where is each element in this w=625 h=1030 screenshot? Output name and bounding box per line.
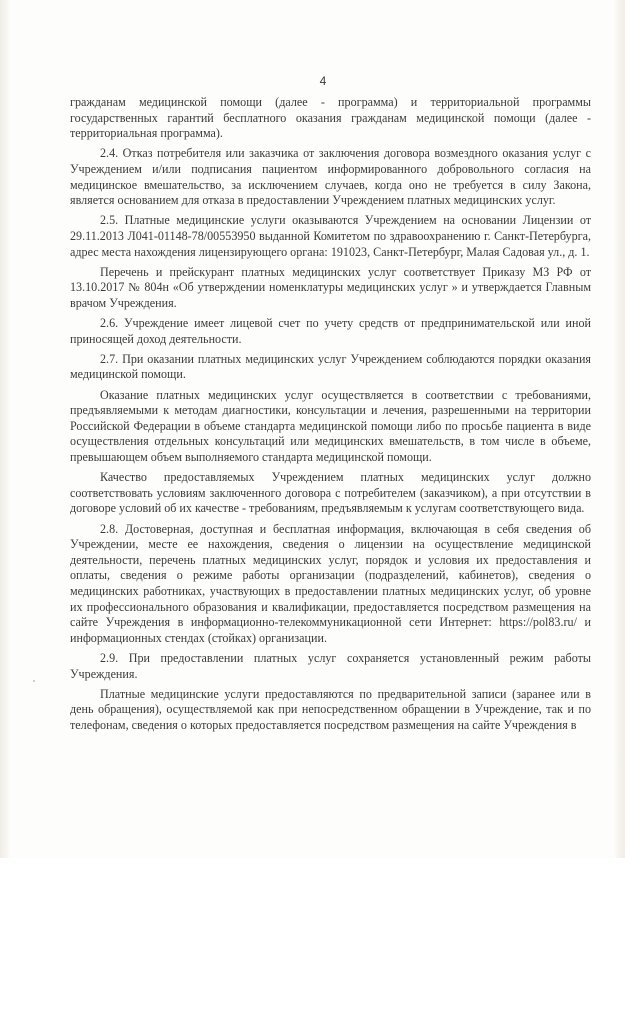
paragraph-2-7-quality: Качество предоставляемых Учреждением пла…	[70, 470, 591, 517]
paragraph-2-4-refusal: 2.4. Отказ потребителя или заказчика от …	[70, 146, 591, 208]
paragraph-2-8-information: 2.8. Достоверная, доступная и бесплатная…	[70, 522, 591, 647]
scan-edge-left	[0, 0, 10, 858]
scanned-page: 4 гражданам медицинской помощи (далее - …	[0, 0, 625, 858]
paragraph-continuation: гражданам медицинской помощи (далее - пр…	[70, 95, 591, 142]
paragraph-2-9-appointment: Платные медицинские услуги предоставляют…	[70, 687, 591, 734]
paragraph-2-9-working-hours: 2.9. При предоставлении платных услуг со…	[70, 651, 591, 682]
paragraph-2-5-pricelist: Перечень и прейскурант платных медицинск…	[70, 265, 591, 312]
paragraph-2-7-procedures: 2.7. При оказании платных медицинских ус…	[70, 352, 591, 383]
paragraph-2-6-account: 2.6. Учреждение имеет лицевой счет по уч…	[70, 316, 591, 347]
scan-edge-right	[614, 0, 625, 858]
paragraph-2-5-license: 2.5. Платные медицинские услуги оказываю…	[70, 213, 591, 260]
scan-speck	[33, 680, 35, 682]
document-body: гражданам медицинской помощи (далее - пр…	[70, 95, 591, 738]
page-number: 4	[0, 74, 625, 88]
paragraph-2-7-requirements: Оказание платных медицинских услуг осуще…	[70, 388, 591, 466]
